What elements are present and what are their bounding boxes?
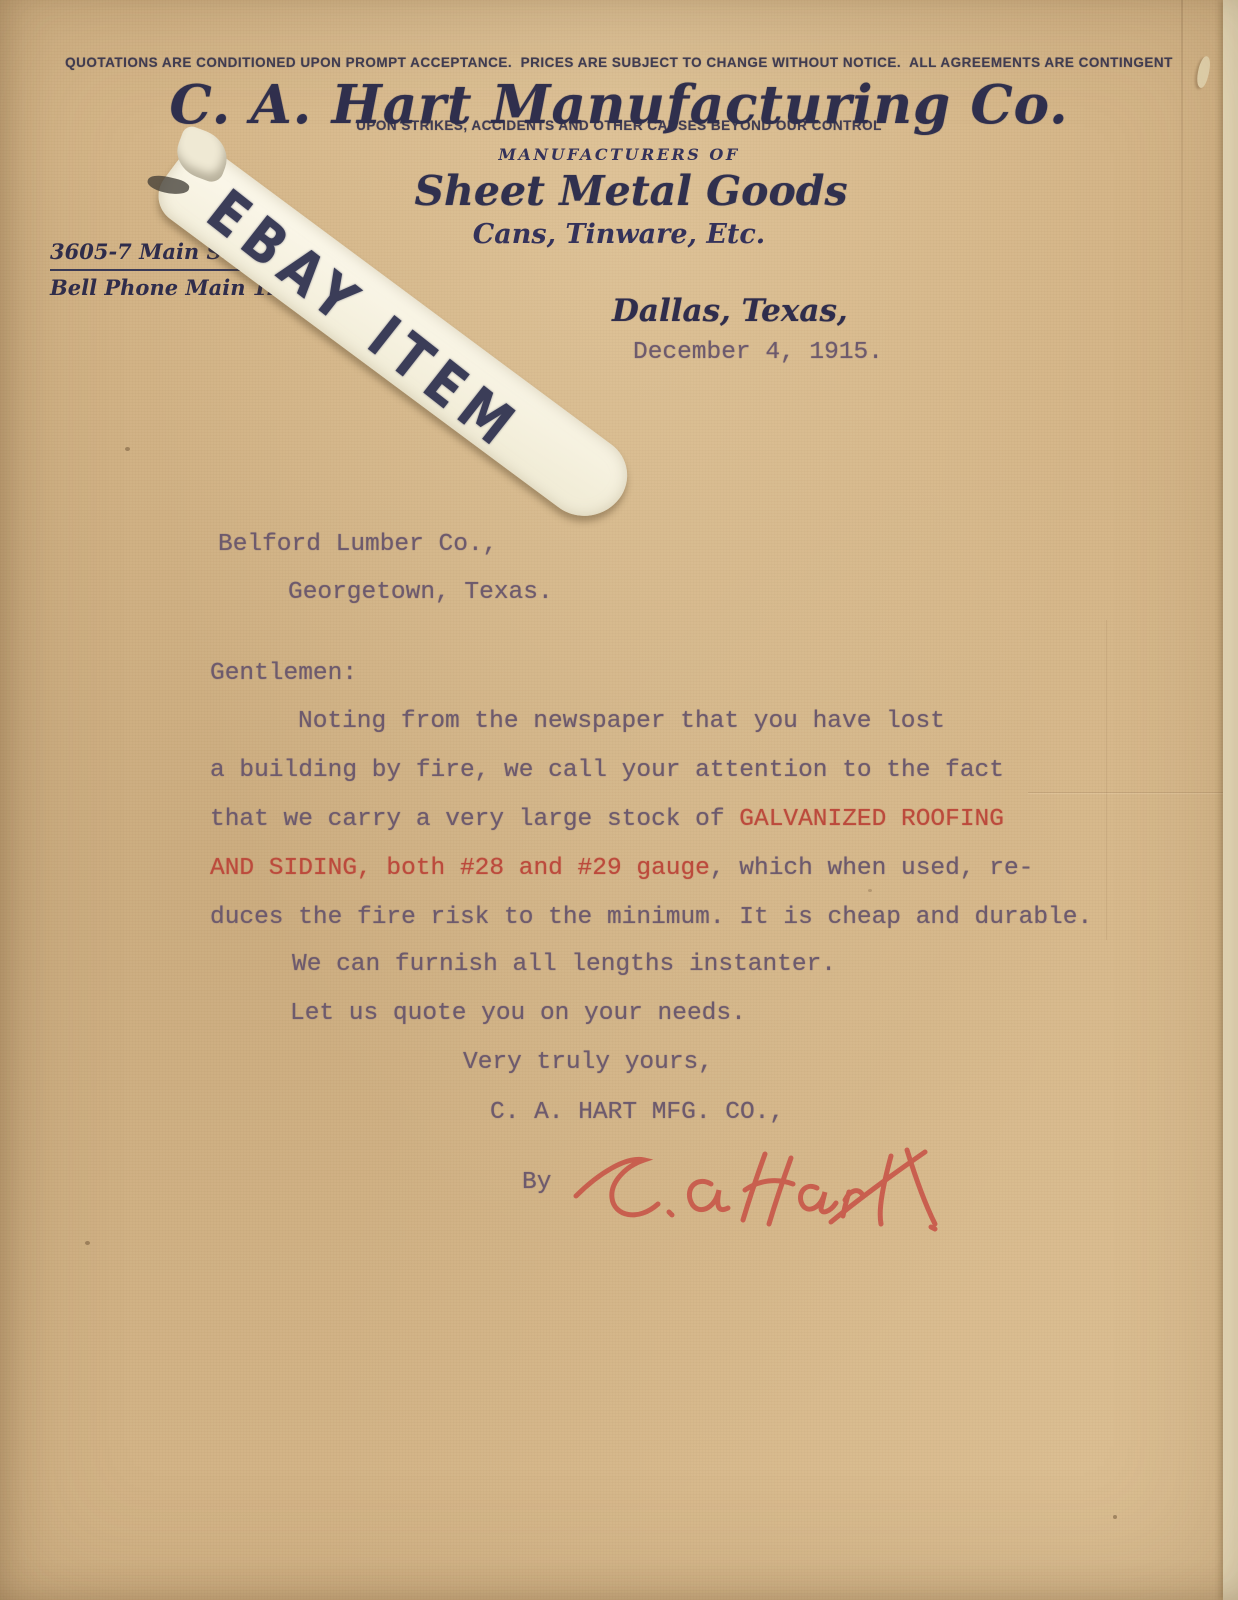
date-line: December 4, 1915. xyxy=(633,338,883,368)
closing-line: Very truly yours, xyxy=(463,1048,713,1078)
body-line: that we carry a very large stock of GALV… xyxy=(210,805,1004,835)
salutation: Gentlemen: xyxy=(210,659,357,689)
paper-crease xyxy=(1181,0,1183,380)
body-line: We can furnish all lengths instanter. xyxy=(292,950,836,980)
scan-edge-strip xyxy=(1223,0,1238,1600)
body-line: Noting from the newspaper that you have … xyxy=(298,707,945,737)
paper-crease xyxy=(1028,792,1238,793)
body-line: Let us quote you on your needs. xyxy=(290,999,746,1029)
letter-scan-page: QUOTATIONS ARE CONDITIONED UPON PROMPT A… xyxy=(0,0,1238,1600)
body-line3-black: that we carry a very large stock of xyxy=(210,806,739,833)
body-line3-red-emphasis: GALVANIZED ROOFING xyxy=(739,806,1004,833)
handwritten-signature xyxy=(568,1132,940,1232)
recipient-city: Georgetown, Texas. xyxy=(288,578,553,608)
disclaimer-line-1: QUOTATIONS ARE CONDITIONED UPON PROMPT A… xyxy=(14,52,1224,73)
paper-crease xyxy=(1106,620,1107,940)
paper-speck xyxy=(85,1241,90,1245)
by-label: By xyxy=(522,1168,551,1198)
recipient-name: Belford Lumber Co., xyxy=(218,530,497,560)
paper-speck xyxy=(1113,1515,1117,1519)
body-line: a building by fire, we call your attenti… xyxy=(210,756,1004,786)
paper-speck xyxy=(868,889,872,892)
signature-company-line: C. A. HART MFG. CO., xyxy=(490,1098,784,1128)
body-line4-red-emphasis: AND SIDING, both #28 and #29 gauge xyxy=(210,855,710,882)
paper-speck xyxy=(125,447,130,451)
body-line4-black: , which when used, re- xyxy=(710,855,1033,882)
body-line: duces the fire risk to the minimum. It i… xyxy=(210,903,1092,933)
signature-ink-strokes xyxy=(568,1132,940,1232)
city-state-line: Dallas, Texas, xyxy=(612,293,848,329)
body-line: AND SIDING, both #28 and #29 gauge, whic… xyxy=(210,854,1033,884)
